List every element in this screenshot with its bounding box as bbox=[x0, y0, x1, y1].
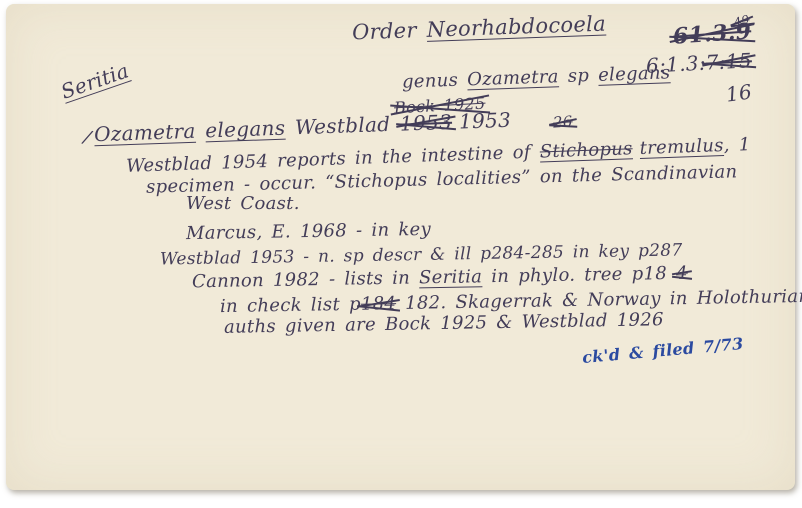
heading-genus: Ozametra bbox=[94, 119, 196, 147]
heading-species: elegans bbox=[205, 116, 286, 143]
note-host-genus-struck: Stichopus bbox=[539, 138, 633, 162]
catalog-code-crossed: 7:15 bbox=[705, 49, 752, 74]
genus-line: genus Ozametra sp elegans bbox=[402, 63, 671, 93]
cannon-crossed-number: 4 bbox=[676, 264, 688, 285]
species-name: elegans bbox=[598, 62, 671, 86]
note-line-3: West Coast. bbox=[186, 194, 300, 215]
reference-marcus: Marcus, E. 1968 - in key bbox=[186, 220, 431, 245]
order-label: Order bbox=[352, 18, 427, 45]
sp-label: sp bbox=[558, 65, 598, 87]
checklist-pre: in check list p bbox=[220, 294, 361, 317]
card-title: Order Neorhabdocoela bbox=[352, 12, 607, 45]
index-card: 49 Order Neorhabdocoela 61.3.9 6:1.3:7:1… bbox=[6, 4, 795, 490]
filed-note: ck'd & filed 7/73 bbox=[582, 335, 745, 367]
checklist-crossed-page: 184 bbox=[361, 294, 397, 315]
check-mark: / bbox=[82, 128, 93, 150]
group-note: Seritia bbox=[58, 59, 132, 104]
order-name: Neorhabdocoela bbox=[426, 12, 606, 42]
cannon-pre: Cannon 1982 - lists in bbox=[192, 267, 419, 292]
heading-year-crossed: 1953 bbox=[400, 111, 453, 136]
note-line-1-post: , 1 bbox=[723, 134, 751, 156]
cannon-group: Seritia bbox=[419, 266, 483, 288]
genus-label: genus bbox=[402, 69, 468, 92]
species-heading: Ozametra elegans Westblad 19531953 bbox=[94, 109, 512, 147]
catalog-code-scratched: 61.3.9 bbox=[672, 19, 752, 50]
heading-year: 1953 bbox=[459, 108, 512, 134]
crossed-year-note: 26 bbox=[553, 113, 574, 132]
cannon-post: in phylo. tree p18 bbox=[482, 263, 676, 287]
note-host-species: tremulus bbox=[639, 135, 724, 159]
catalog-code-value: 16 bbox=[725, 80, 754, 106]
genus-name: Ozametra bbox=[467, 66, 559, 90]
heading-author: Westblad bbox=[285, 112, 400, 140]
